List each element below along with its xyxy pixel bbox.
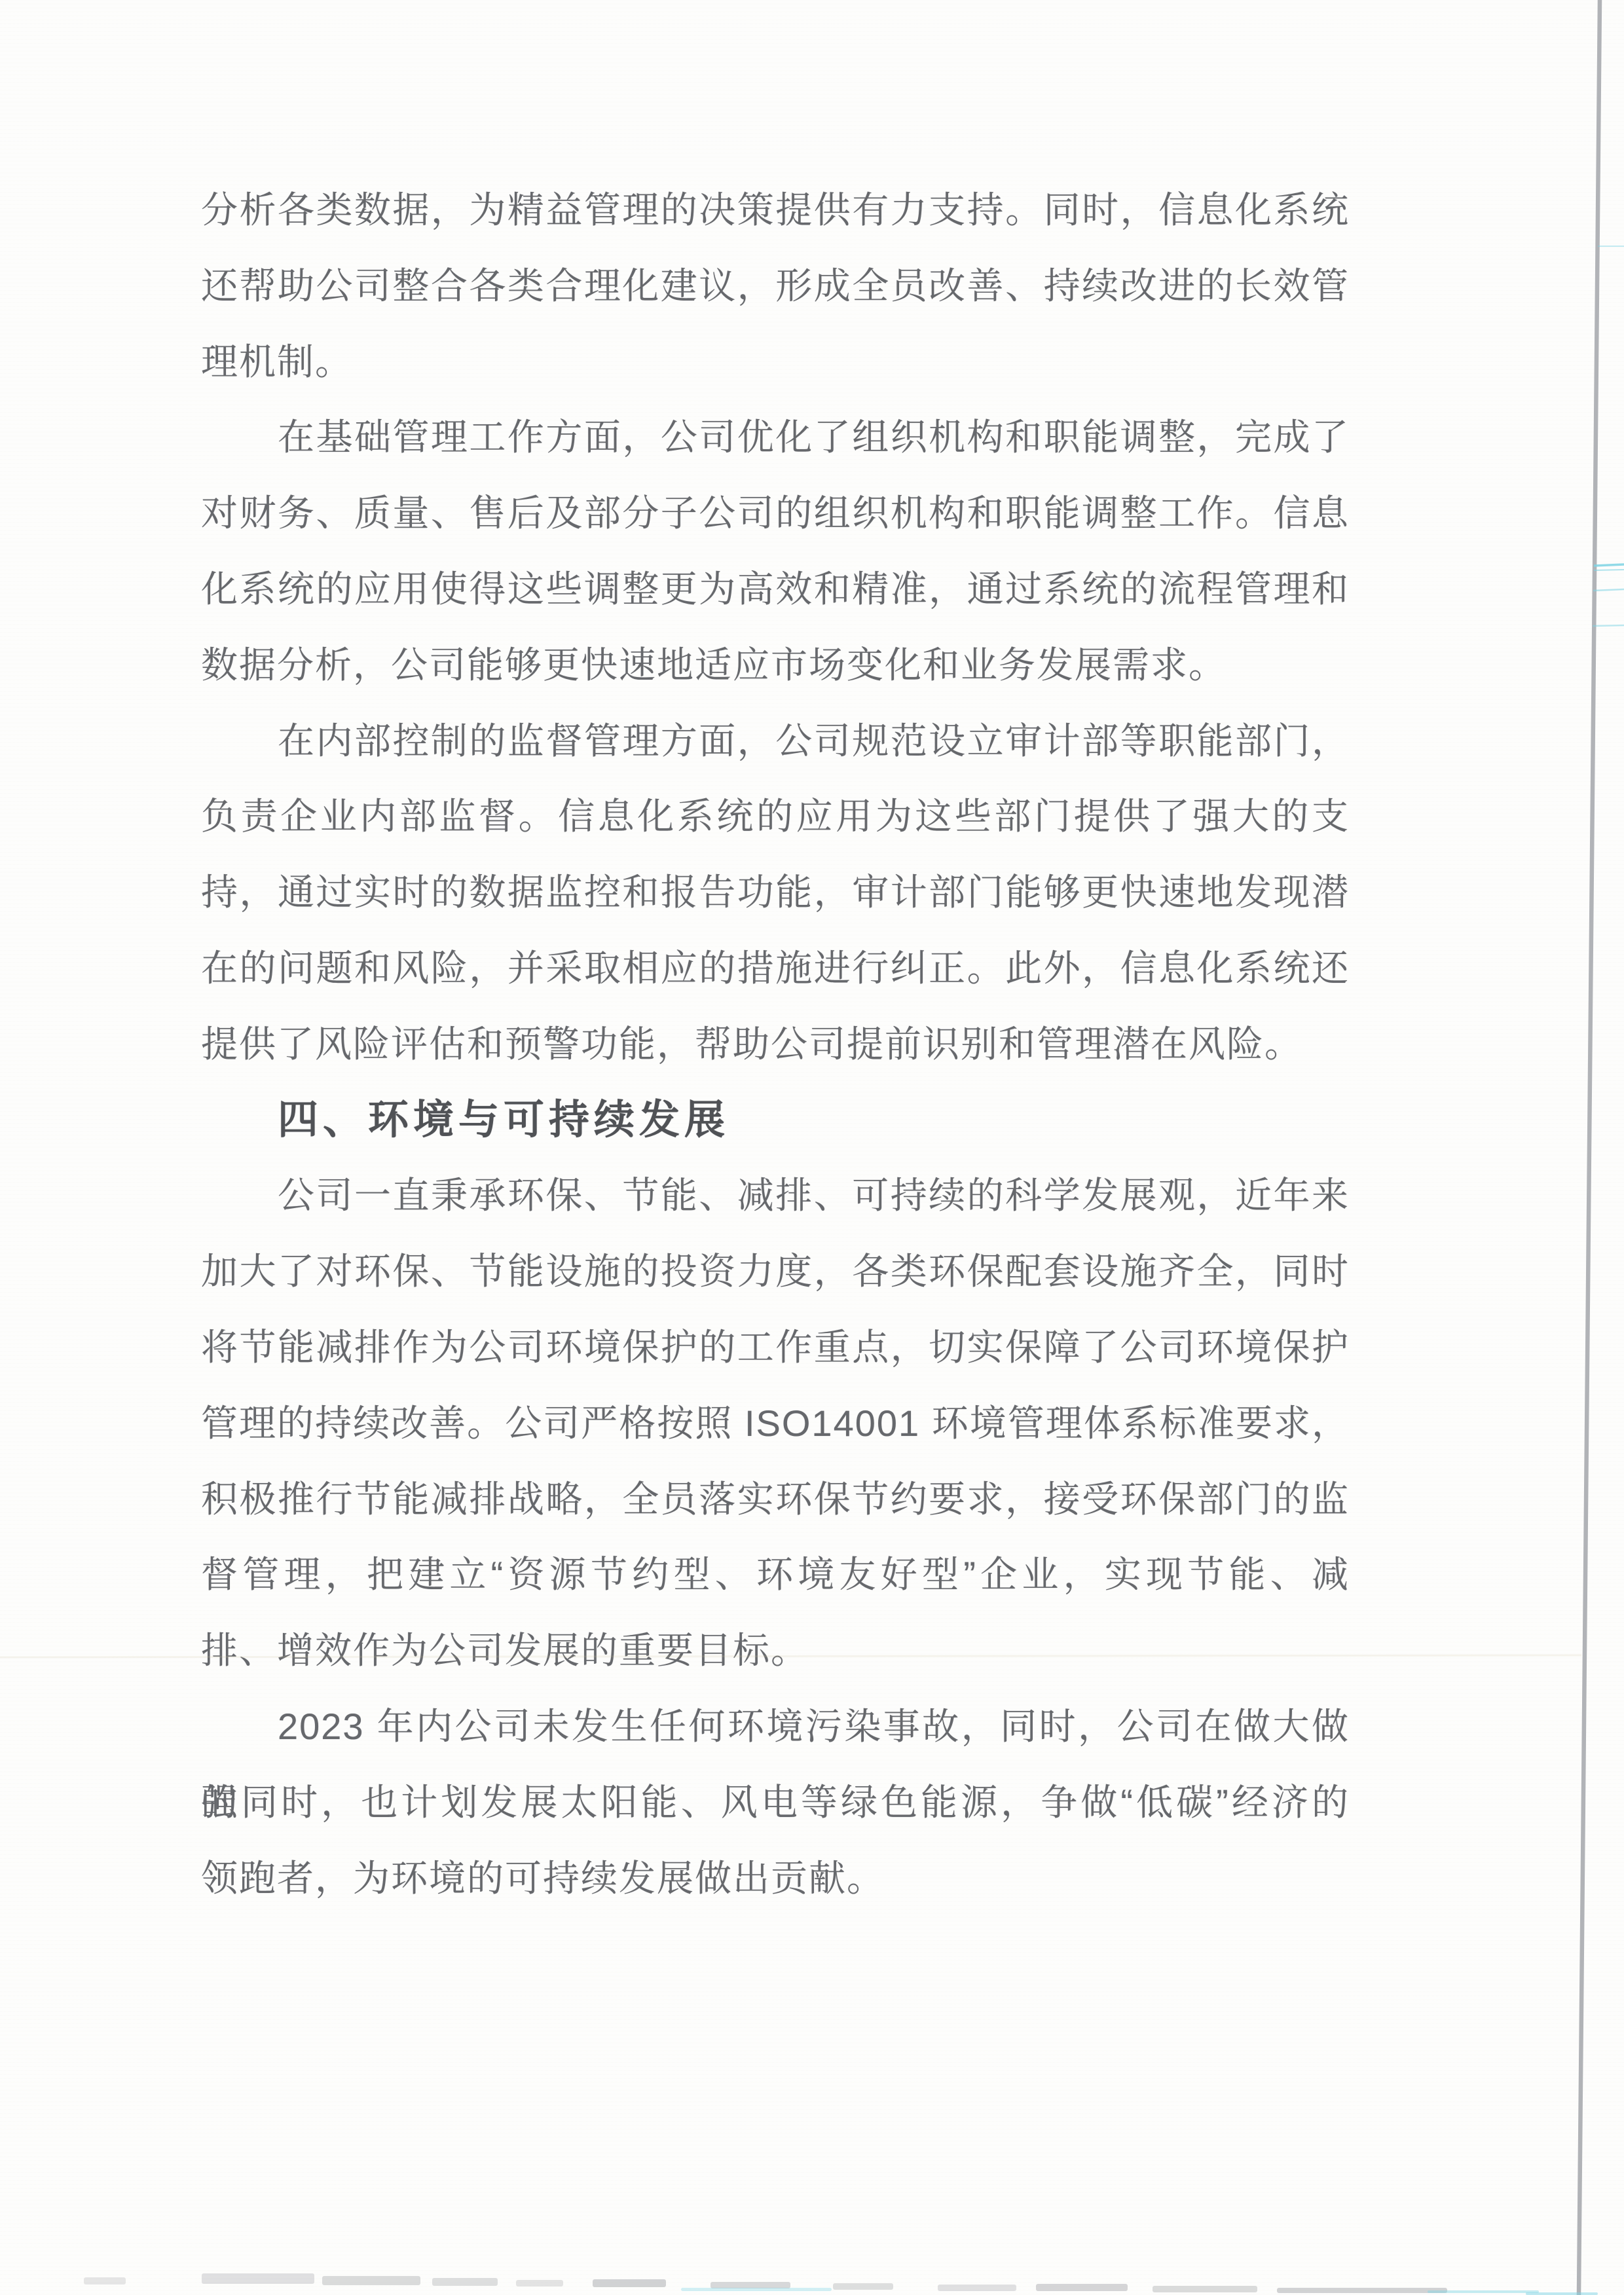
scan-smudge (681, 2288, 832, 2291)
text-line: 化系统的应用使得这些调整更为高效和精准，通过系统的流程管理和 (201, 551, 1350, 627)
text-line: 在内部控制的监督管理方面，公司规范设立审计部等职能部门， (201, 703, 1350, 779)
scan-smudge (710, 2282, 790, 2288)
text-line: 在的问题和风险，并采取相应的措施进行纠正。此外，信息化系统还 (201, 930, 1350, 1006)
text-line: 提供了风险评估和预警功能，帮助公司提前识别和管理潜在风险。 (201, 1006, 1350, 1082)
scan-smudge (1428, 2290, 1539, 2293)
page-edge-line (1579, 0, 1600, 2295)
text-line: 督管理，把建立“资源节约型、环境友好型”企业，实现节能、减 (201, 1537, 1350, 1613)
text-line: 加大了对环保、节能设施的投资力度，各类环保配套设施齐全，同时 (201, 1234, 1350, 1310)
text-line: 在基础管理工作方面，公司优化了组织机构和职能调整，完成了 (201, 399, 1350, 475)
text-line: 对财务、质量、售后及部分子公司的组织机构和职能调整工作。信息 (201, 475, 1350, 551)
scan-smudge (84, 2277, 126, 2285)
blue-ruled-mark (1593, 625, 1624, 626)
scan-smudge (516, 2280, 563, 2286)
text-line: 将节能减排作为公司环境保护的工作重点，切实保障了公司环境保护 (201, 1310, 1350, 1386)
text-line: 的同时，也计划发展太阳能、风电等绿色能源，争做“低碳”经济的 (201, 1765, 1350, 1841)
scan-smudge (202, 2273, 314, 2284)
text-line: 持，通过实时的数据监控和报告功能，审计部门能够更快速地发现潜 (201, 854, 1350, 930)
blue-ruled-mark (1594, 564, 1624, 566)
text-line: 积极推行节能减排战略，全员落实环保节约要求，接受环保部门的监 (201, 1461, 1350, 1537)
text-line: 理机制。 (201, 324, 1350, 400)
scan-smudge (1153, 2286, 1257, 2292)
scan-smudge (833, 2283, 893, 2290)
text-line: 数据分析，公司能够更快速地适应市场变化和业务发展需求。 (201, 627, 1350, 703)
text-line: 负责企业内部监督。信息化系统的应用为这些部门提供了强大的支 (201, 779, 1350, 854)
text-line: 还帮助公司整合各类合理化建议，形成全员改善、持续改进的长效管 (201, 248, 1350, 324)
scanned-document-page: 分析各类数据，为精益管理的决策提供有力支持。同时，信息化系统 还帮助公司整合各类… (0, 0, 1624, 2295)
text-line: 分析各类数据，为精益管理的决策提供有力支持。同时，信息化系统 (201, 172, 1350, 248)
section-heading: 四、环境与可持续发展 (201, 1082, 1350, 1158)
blue-ruled-mark (1593, 589, 1624, 591)
scan-smudge (1526, 2292, 1598, 2295)
scan-smudge (938, 2285, 1016, 2291)
scan-smudge (1036, 2284, 1128, 2291)
text-line: 公司一直秉承环保、节能、减排、可持续的科学发展观，近年来 (201, 1158, 1350, 1234)
text-line: 排、增效作为公司发展的重要目标。 (201, 1613, 1350, 1689)
blue-ruled-mark (1594, 570, 1624, 570)
text-line: 2023 年内公司未发生任何环境污染事故，同时，公司在做大做强 (201, 1689, 1350, 1765)
scan-smudge (432, 2278, 498, 2286)
scan-smudge (1277, 2288, 1447, 2293)
scan-smudge (593, 2279, 666, 2287)
document-body: 分析各类数据，为精益管理的决策提供有力支持。同时，信息化系统 还帮助公司整合各类… (201, 172, 1350, 1916)
text-line: 领跑者，为环境的可持续发展做出贡献。 (201, 1841, 1350, 1917)
text-line: 管理的持续改善。公司严格按照 ISO14001 环境管理体系标准要求， (201, 1386, 1350, 1461)
scan-smudge (322, 2276, 420, 2285)
